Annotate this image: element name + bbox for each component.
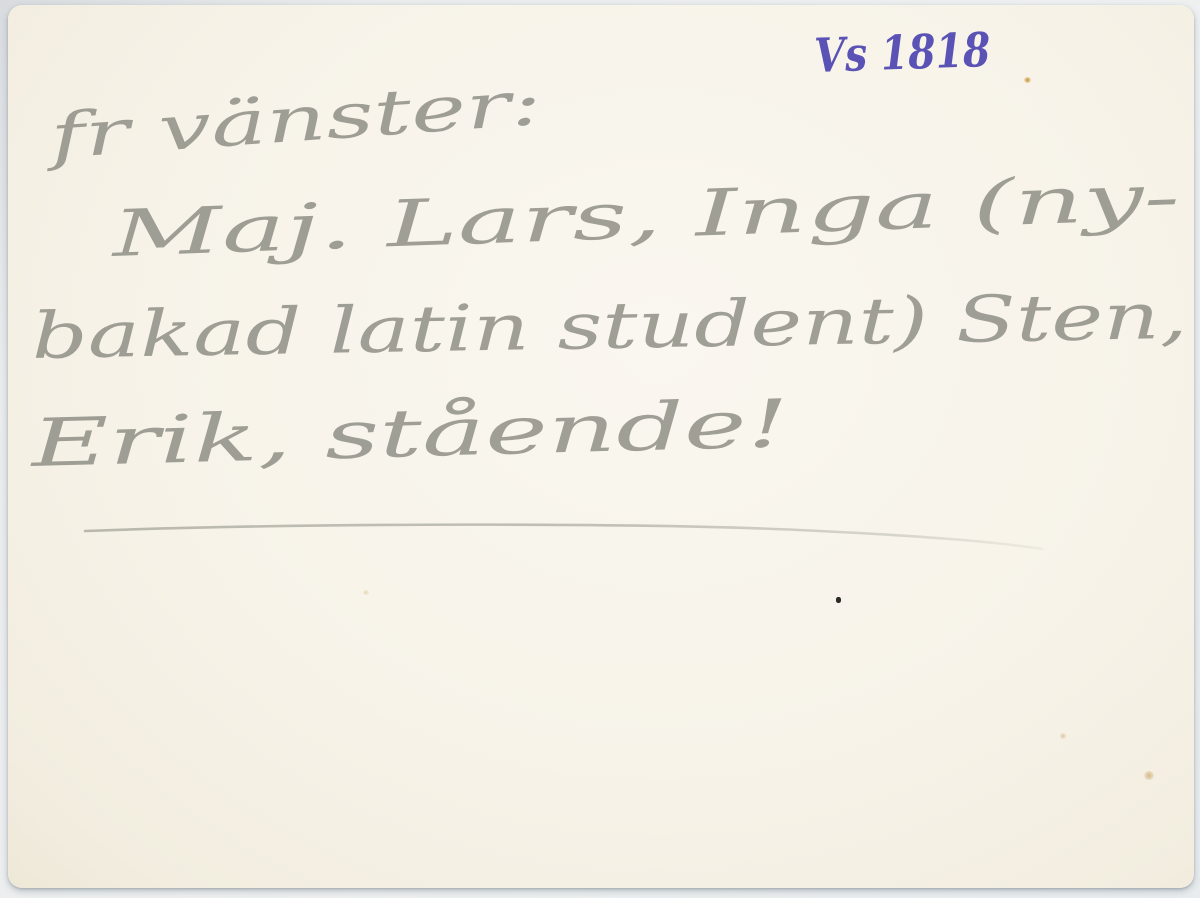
photo-backdrop: Vs 1818 fr vänster: Maj. Lars, Inga (ny-…: [0, 0, 1200, 898]
catalog-number-ink: Vs 1818: [813, 23, 991, 84]
handwriting-layer: Vs 1818 fr vänster: Maj. Lars, Inga (ny-…: [0, 0, 1200, 898]
handwritten-line-2: Maj. Lars, Inga (ny-: [109, 161, 1181, 272]
handwritten-line-3: bakad latin student) Sten,: [31, 280, 1188, 374]
handwritten-line-4: Erik, stående!: [29, 385, 790, 482]
pencil-underline: [85, 525, 1042, 549]
handwritten-line-1: fr vänster:: [42, 66, 544, 174]
